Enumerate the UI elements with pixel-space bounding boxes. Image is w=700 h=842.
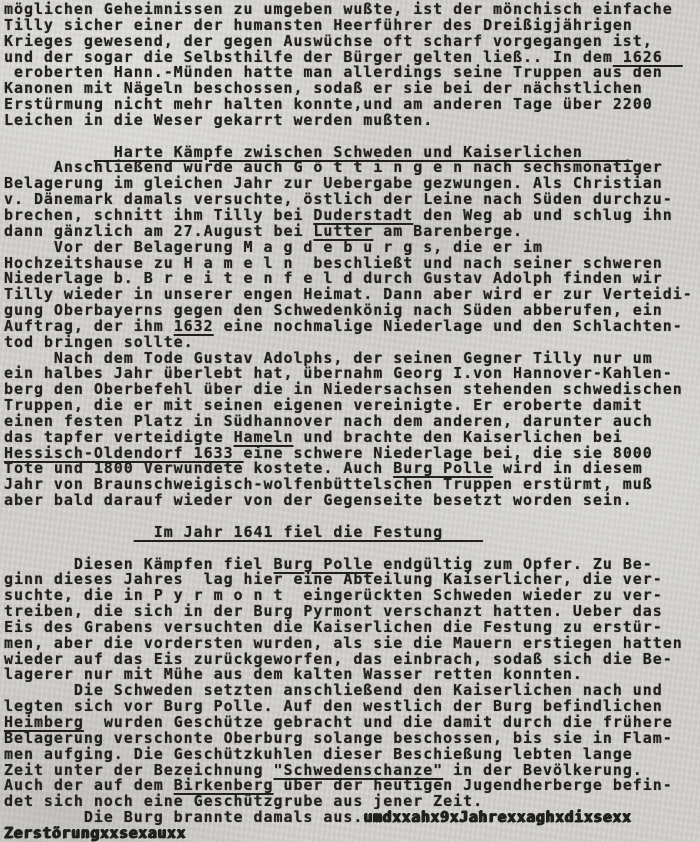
- text-line: Zerstörungxxsexauxx: [4, 826, 700, 842]
- typed-over-text: umdxxahx9xJahrexxaghxdixsexx: [363, 808, 631, 826]
- text-segment: [4, 523, 134, 541]
- text-line: aber bald darauf wieder von der Gegensei…: [4, 493, 700, 509]
- document-page: möglichen Geheimnissen zu umgeben wußte,…: [0, 0, 700, 842]
- underlined-text: Im Jahr 1641 fiel die Festung: [134, 523, 483, 541]
- text-segment: eine nochmalige Niederlage und den Schla…: [214, 317, 683, 335]
- text-segment: aber bald darauf wieder von der Gegensei…: [4, 491, 633, 509]
- typed-over-text: Zerstörungxxsexauxx: [4, 824, 186, 842]
- section-heading: Im Jahr 1641 fiel die Festung: [4, 525, 700, 541]
- text-segment: Leichen in die Weser gekarrt werden mußt…: [4, 111, 433, 129]
- text-line: Leichen in die Weser gekarrt werden mußt…: [4, 113, 700, 129]
